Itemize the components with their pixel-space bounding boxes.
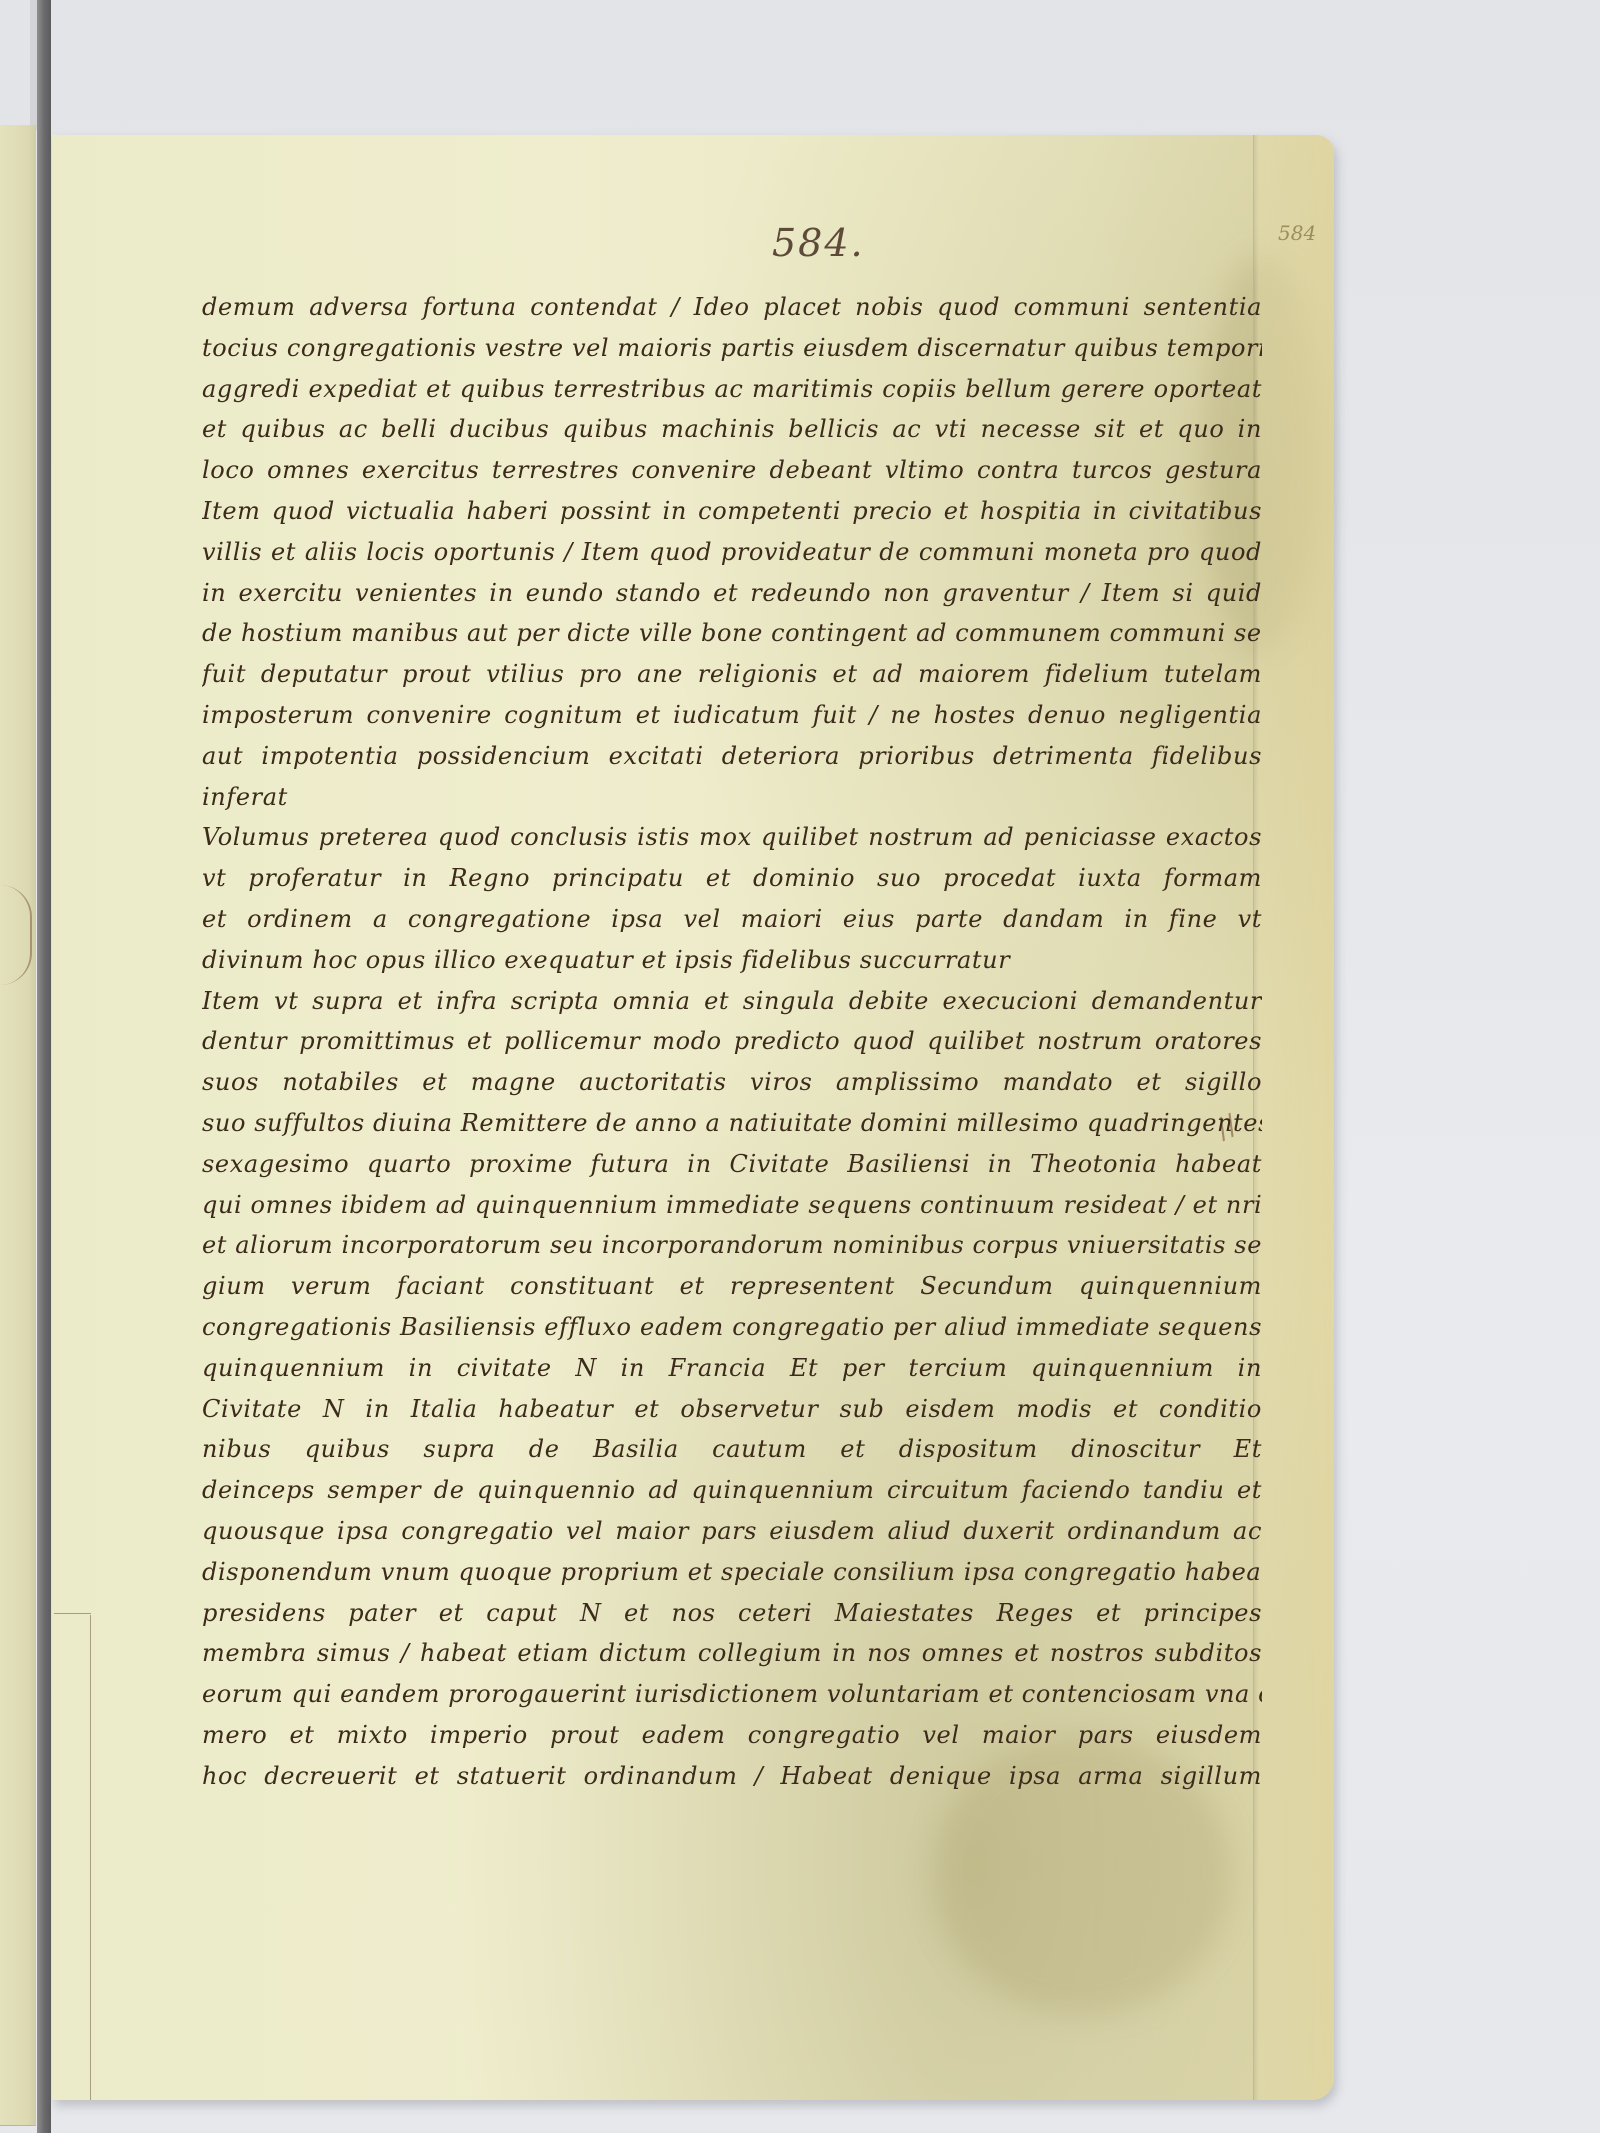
text-line: Item vt supra et infra scripta omnia et …	[202, 981, 1262, 1022]
facing-page-edge	[0, 125, 36, 2126]
text-line: loco omnes exercitus terrestres convenir…	[202, 450, 1262, 491]
text-line: demum adversa fortuna contendat / Ideo p…	[202, 287, 1262, 328]
text-line: hoc decreuerit et statuerit ordinandum /…	[202, 1756, 1262, 1797]
text-line: divinum hoc opus illico exequatur et ips…	[202, 940, 1262, 981]
repair-patch-edge	[54, 1613, 91, 1614]
text-line: suos notabiles et magne auctoritatis vir…	[202, 1062, 1262, 1103]
text-line: aggredi expediat et quibus terrestribus …	[202, 369, 1262, 410]
text-line: Civitate N in Italia habeatur et observe…	[202, 1389, 1262, 1430]
text-line: et aliorum incorporatorum seu incorporan…	[202, 1225, 1262, 1266]
text-line: dentur promittimus et pollicemur modo pr…	[202, 1021, 1262, 1062]
text-line: aut impotentia possidencium excitati det…	[202, 736, 1262, 777]
text-line: vt proferatur in Regno principatu et dom…	[202, 858, 1262, 899]
text-line: et quibus ac belli ducibus quibus machin…	[202, 409, 1262, 450]
page-fold-strip	[1253, 135, 1334, 2100]
repair-patch-rule	[90, 1615, 91, 2100]
text-line: sexagesimo quarto proxime futura in Civi…	[202, 1144, 1262, 1185]
text-line: gium verum faciant constituant et repres…	[202, 1266, 1262, 1307]
text-line: de hostium manibus aut per dicte ville b…	[202, 613, 1262, 654]
text-line: mero et mixto imperio prout eadem congre…	[202, 1715, 1262, 1756]
text-line: presidens pater et caput N et nos ceteri…	[202, 1593, 1262, 1634]
folio-number-corner: 584	[1278, 221, 1316, 245]
scan-background: 584. 584 // demum adversa fortuna conten…	[0, 0, 1600, 2133]
text-line: quousque ipsa congregatio vel maior pars…	[202, 1511, 1262, 1552]
text-line: inferat	[202, 777, 1262, 818]
text-line: membra simus / habeat etiam dictum colle…	[202, 1633, 1262, 1674]
text-line: congregationis Basiliensis effluxo eadem…	[202, 1307, 1262, 1348]
text-line: in exercitu venientes in eundo stando et…	[202, 573, 1262, 614]
facing-page-flourish	[0, 885, 32, 985]
text-line: Volumus preterea quod conclusis istis mo…	[202, 817, 1262, 858]
text-line: eorum qui eandem prorogauerint iurisdict…	[202, 1674, 1262, 1715]
text-line: tocius congregationis vestre vel maioris…	[202, 328, 1262, 369]
text-line: fuit deputatur prout vtilius pro ane rel…	[202, 654, 1262, 695]
text-line: disponendum vnum quoque proprium et spec…	[202, 1552, 1262, 1593]
binding-gutter	[37, 0, 51, 2133]
text-line: Item quod victualia haberi possint in co…	[202, 491, 1262, 532]
gutter-highlight	[30, 0, 37, 130]
manuscript-text: demum adversa fortuna contendat / Ideo p…	[202, 287, 1262, 1796]
text-line: qui omnes ibidem ad quinquennium immedia…	[202, 1185, 1262, 1226]
text-line: villis et aliis locis oportunis / Item q…	[202, 532, 1262, 573]
folio-number: 584.	[772, 221, 865, 265]
text-line: deinceps semper de quinquennio ad quinqu…	[202, 1470, 1262, 1511]
text-line: nibus quibus supra de Basilia cautum et …	[202, 1429, 1262, 1470]
manuscript-page: 584. 584 // demum adversa fortuna conten…	[52, 135, 1334, 2100]
text-line: quinquennium in civitate N in Francia Et…	[202, 1348, 1262, 1389]
text-line: et ordinem a congregatione ipsa vel maio…	[202, 899, 1262, 940]
text-line: imposterum convenire cognitum et iudicat…	[202, 695, 1262, 736]
text-line: suo suffultos diuina Remittere de anno a…	[202, 1103, 1262, 1144]
